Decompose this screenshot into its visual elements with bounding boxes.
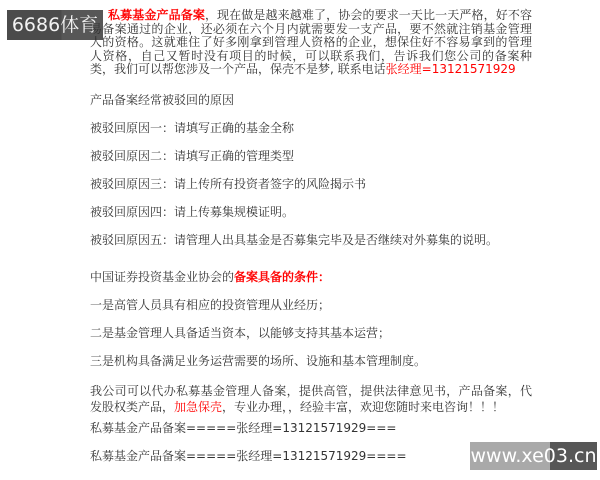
condition-item-3: 三是机构具备满足业务运营需要的场所、设施和基本管理制度。 xyxy=(90,355,532,367)
watermark-xe03-text: www.xe03.cn xyxy=(471,445,597,467)
watermark-6686-badge: 6686体育 xyxy=(7,10,103,40)
section2-title: 中国证券投资基金业协会的备案具备的条件： xyxy=(90,271,532,283)
page: 6686体育 私募基金产品备案，现在做是越来越难了，协会的要求一天比一天严格，好… xyxy=(0,0,600,480)
reason-item-5: 被驳回原因五：请管理人出具基金是否募集完毕及是否继续对外募集的说明。 xyxy=(90,234,532,246)
reason-item-3: 被驳回原因三：请上传所有投资者签字的风险揭示书 xyxy=(90,178,532,190)
condition-item-2: 二是基金管理人具备适当资本，以能够支持其基本运营； xyxy=(90,327,532,339)
section2-prefix: 中国证券投资基金业协会的 xyxy=(90,270,234,284)
reason-item-4: 被驳回原因四：请上传募集规模证明。 xyxy=(90,206,532,218)
service-part2: ，专业办理，，经验丰富，欢迎您随时来电咨询！！！ xyxy=(222,400,504,414)
intro-paragraph: 私募基金产品备案，现在做是越来越难了，协会的要求一天比一天严格，好不容易备案通过… xyxy=(90,9,532,77)
footer-contact-line-1: 私募基金产品备案=====张经理=13121571929=== xyxy=(90,422,532,434)
reason-item-2: 被驳回原因二：请填写正确的管理类型 xyxy=(90,150,532,162)
condition-item-1: 一是高管人员具有相应的投资管理从业经历； xyxy=(90,299,532,311)
footer-contact-line-2: 私募基金产品备案=====张经理=13121571929==== xyxy=(90,450,532,462)
watermark-6686-text: 6686体育 xyxy=(12,14,98,36)
intro-highlight: 私募基金产品备案 xyxy=(108,8,205,22)
article-content: 私募基金产品备案，现在做是越来越难了，协会的要求一天比一天严格，好不容易备案通过… xyxy=(90,9,532,478)
service-highlight: 加急保壳 xyxy=(174,400,222,414)
section2-highlight: 备案具备的条件： xyxy=(234,270,330,284)
reason-item-1: 被驳回原因一：请填写正确的基金全称 xyxy=(90,122,532,134)
service-paragraph: 我公司可以代办私募基金管理人备案，提供高管，提供法律意见书，产品备案，代发股权类… xyxy=(90,383,532,415)
section1-title: 产品备案经常被驳回的原因 xyxy=(90,94,532,106)
contact-phone: 张经理=13121571929 xyxy=(386,62,516,76)
watermark-xe03-badge: www.xe03.cn xyxy=(470,442,597,470)
